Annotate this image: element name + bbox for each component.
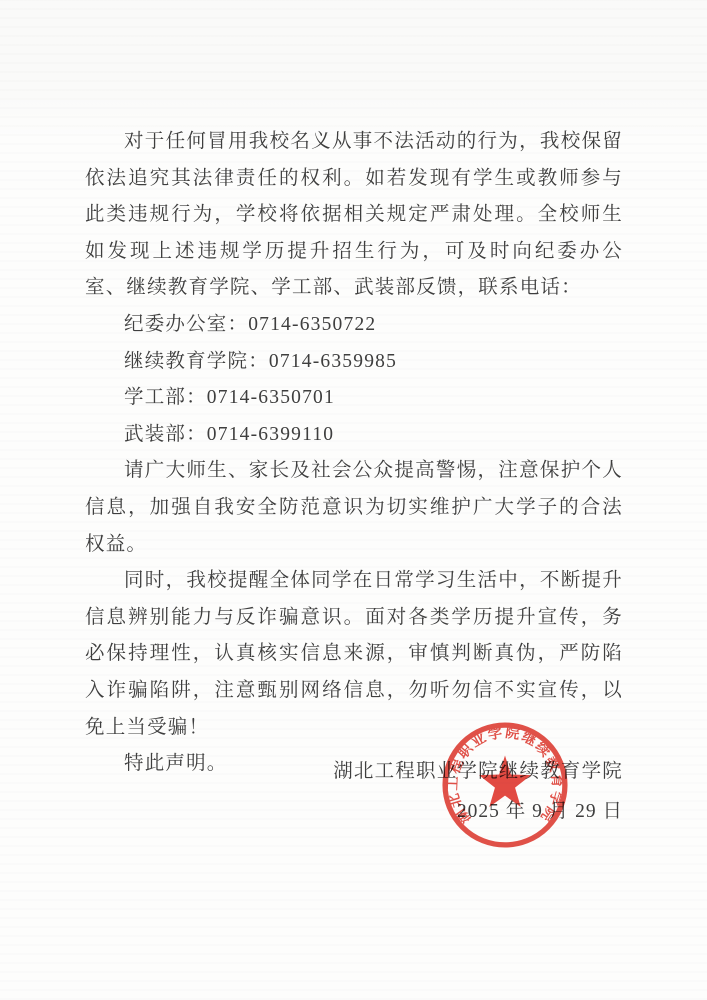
contact-line-discipline-office: 纪委办公室：0714-6350722 [85,307,623,344]
statement-body: 对于任何冒用我校名义从事不法活动的行为，我校保留依法追究其法律责任的权利。如若发… [85,124,623,783]
contact-line-continuing-education: 继续教育学院：0714-6359985 [85,344,623,381]
paragraph-public-warning: 请广大师生、家长及社会公众提高警惕，注意保护个人信息，加强自我安全防范意识为切实… [85,453,623,563]
document-page: 对于任何冒用我校名义从事不法活动的行为，我校保留依法追究其法律责任的权利。如若发… [0,0,707,1000]
paragraph-legal-notice: 对于任何冒用我校名义从事不法活动的行为，我校保留依法追究其法律责任的权利。如若发… [85,124,623,307]
contact-line-armed-forces: 武装部：0714-6399110 [85,417,623,454]
contact-line-student-affairs: 学工部：0714-6350701 [85,380,623,417]
official-seal: 湖北工程职业学院继续教育学院 [439,719,571,851]
seal-star-icon [479,756,531,807]
